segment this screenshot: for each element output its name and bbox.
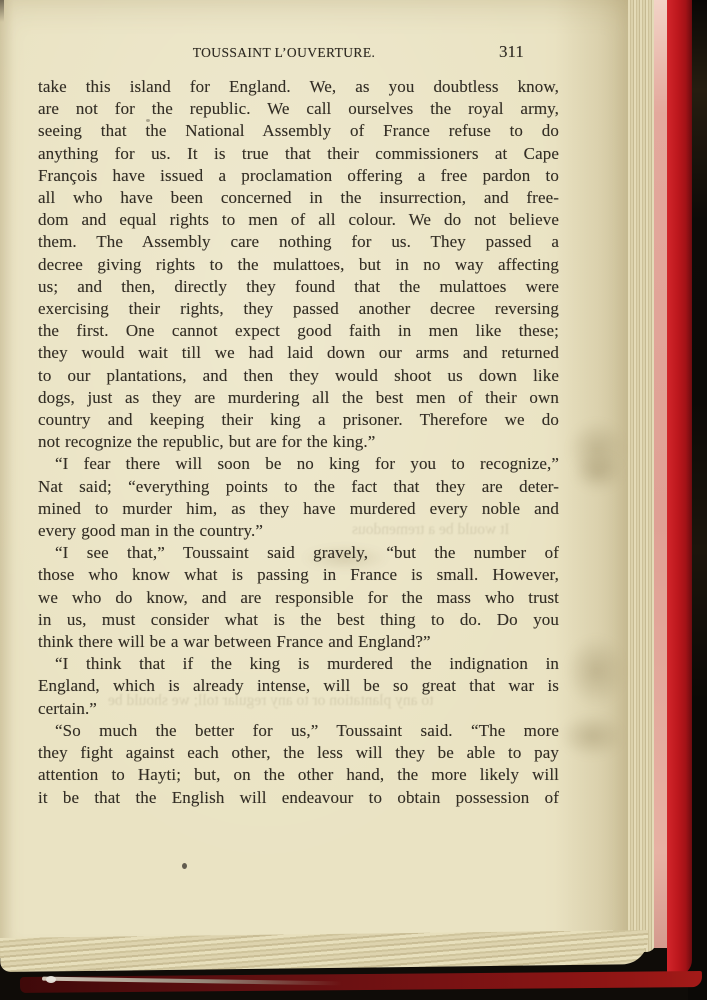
text-line: they would wait till we had laid down ou…	[38, 342, 559, 364]
text-line: Nat said; “everything points to the fact…	[38, 476, 559, 498]
text-line: mined to murder him, as they have murder…	[38, 498, 559, 520]
running-header-title: TOUSSAINT L’OUVERTURE.	[193, 45, 376, 61]
text-line: the first. One cannot expect good faith …	[38, 320, 559, 342]
text-line: country and keeping their king a prisone…	[38, 409, 559, 431]
text-line: England, which is already intense, will …	[38, 675, 559, 697]
page-bottom-edges	[0, 930, 648, 972]
text-line: it be that the English will endeavour to…	[38, 787, 559, 809]
book-scan: TOUSSAINT L’OUVERTURE. 311 It would be a…	[0, 0, 707, 1000]
text-line: them. The Assembly care nothing for us. …	[38, 231, 559, 253]
top-left-shadow	[0, 0, 4, 22]
book-cover-bottom-edge	[20, 971, 702, 993]
text-line: all who have been concerned in the insur…	[38, 187, 559, 209]
text-line: every good man in the country.”	[38, 520, 559, 542]
text-line: anything for us. It is true that their c…	[38, 143, 559, 165]
text-line: not recognize the republic, but are for …	[38, 431, 559, 453]
text-line: exercising their rights, they passed ano…	[38, 298, 559, 320]
text-line: they fight against each other, the less …	[38, 742, 559, 764]
page-number: 311	[499, 42, 524, 62]
show-through-smudge	[572, 452, 624, 492]
text-line: think there will be a war between France…	[38, 631, 559, 653]
text-line: “I fear there will soon be no king for y…	[38, 453, 559, 475]
page-fore-edges	[628, 0, 656, 952]
text-line: “So much the better for us,” Toussaint s…	[38, 720, 559, 742]
text-line: certain.”	[38, 698, 559, 720]
text-line: to our plantations, and then they would …	[38, 365, 559, 387]
text-line: dom and equal rights to men of all colou…	[38, 209, 559, 231]
text-line: those who know what is passing in France…	[38, 564, 559, 586]
ink-speck	[146, 119, 150, 122]
text-line: are not for the republic. We call oursel…	[38, 98, 559, 120]
book-cover-red-edge	[667, 0, 692, 976]
text-line: we who do know, and are responsible for …	[38, 587, 559, 609]
page-text: take this island for England. We, as you…	[38, 76, 559, 809]
text-line: “I see that,” Toussaint said gravely, “b…	[38, 542, 559, 564]
desk-highlight-dot	[46, 976, 56, 983]
text-line: us; and then, directly they found that t…	[38, 276, 559, 298]
show-through-smudge	[560, 714, 624, 758]
text-line: seeing that the National Assembly of Fra…	[38, 120, 559, 142]
text-line: François have issued a proclamation offe…	[38, 165, 559, 187]
text-line: in us, must consider what is the best th…	[38, 609, 559, 631]
text-line: take this island for England. We, as you…	[38, 76, 559, 98]
text-line: decree giving rights to the mulattoes, b…	[38, 254, 559, 276]
show-through-smudge	[566, 636, 626, 706]
text-line: “I think that if the king is murdered th…	[38, 653, 559, 675]
text-line: attention to Hayti; but, on the other ha…	[38, 764, 559, 786]
ink-speck	[182, 863, 187, 869]
text-line: dogs, just as they are murdering all the…	[38, 387, 559, 409]
